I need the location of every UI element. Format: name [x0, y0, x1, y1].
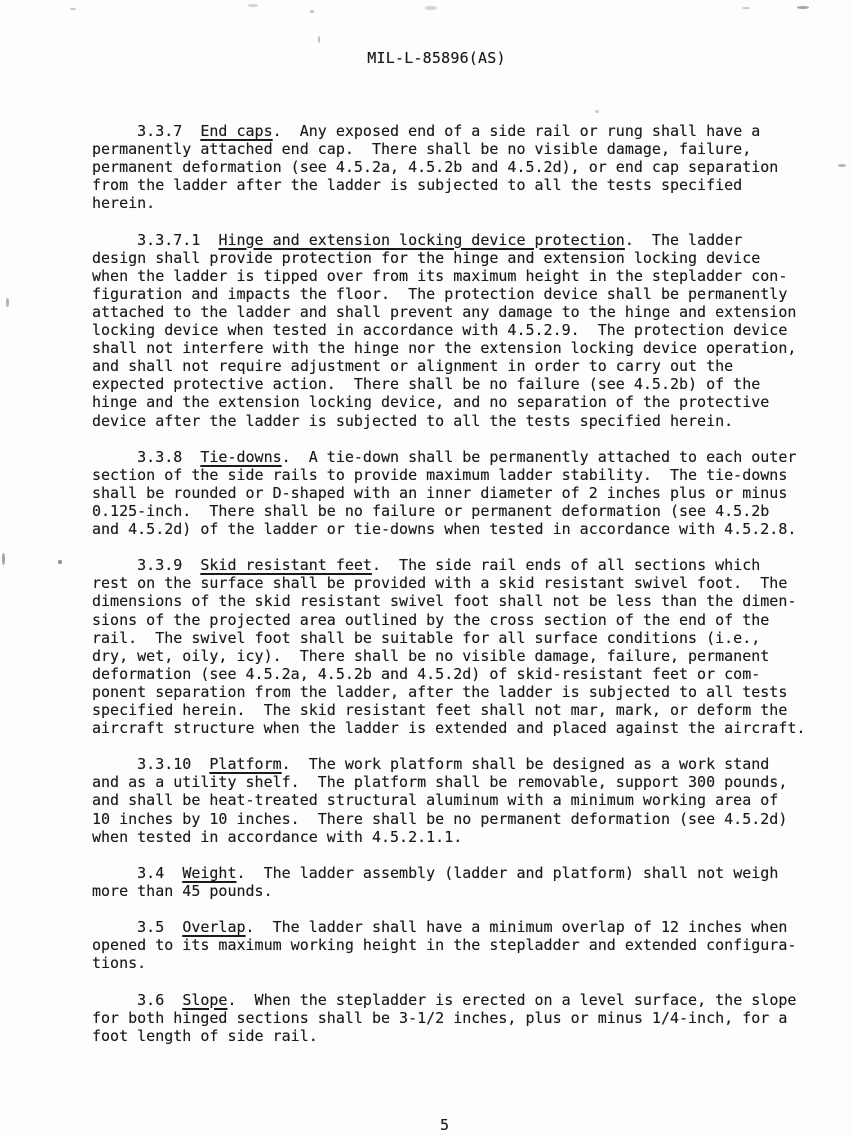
section-number: 3.6	[92, 991, 182, 1009]
section-3-3-7: 3.3.7 End caps. Any exposed end of a sid…	[92, 122, 804, 212]
section-first-line: 3.3.8 Tie-downs. A tie-down shall be per…	[92, 448, 804, 466]
section-body: more than 45 pounds.	[92, 882, 804, 900]
section-first-line-text: . The work platform shall be designed as…	[282, 755, 770, 773]
section-number: 3.5	[92, 918, 182, 936]
section-first-line: 3.5 Overlap. The ladder shall have a min…	[92, 918, 804, 936]
section-title: End caps	[200, 122, 272, 140]
scan-speck	[2, 553, 5, 565]
scan-speck	[248, 4, 258, 7]
section-first-line-text: . The ladder assembly (ladder and platfo…	[237, 864, 779, 882]
section-first-line: 3.3.10 Platform. The work platform shall…	[92, 755, 804, 773]
section-first-line: 3.6 Slope. When the stepladder is erecte…	[92, 991, 804, 1009]
section-body: rest on the surface shall be provided wi…	[92, 574, 804, 737]
scan-speck	[595, 110, 599, 113]
section-body: permanently attached end cap. There shal…	[92, 140, 804, 212]
section-body: and as a utility shelf. The platform sha…	[92, 773, 804, 845]
section-first-line-text: . Any exposed end of a side rail or rung…	[273, 122, 761, 140]
section-number: 3.3.10	[92, 755, 209, 773]
scan-speck	[58, 560, 62, 564]
section-title: Platform	[209, 755, 281, 773]
section-body: design shall provide protection for the …	[92, 249, 804, 430]
document-body: 3.3.7 End caps. Any exposed end of a sid…	[92, 122, 804, 1063]
section-3-3-10: 3.3.10 Platform. The work platform shall…	[92, 755, 804, 845]
scan-speck	[797, 6, 809, 9]
section-first-line-text: . The side rail ends of all sections whi…	[372, 556, 760, 574]
section-title: Weight	[182, 864, 236, 882]
section-number: 3.3.9	[92, 556, 200, 574]
section-body: for both hinged sections shall be 3-1/2 …	[92, 1009, 804, 1045]
scan-speck	[425, 6, 437, 10]
page-number: 5	[0, 1116, 851, 1134]
section-title: Slope	[182, 991, 227, 1009]
section-3-6: 3.6 Slope. When the stepladder is erecte…	[92, 991, 804, 1045]
section-number: 3.3.8	[92, 448, 200, 466]
scan-speck	[318, 36, 320, 43]
section-3-4: 3.4 Weight. The ladder assembly (ladder …	[92, 864, 804, 900]
section-first-line: 3.4 Weight. The ladder assembly (ladder …	[92, 864, 804, 882]
scan-speck	[838, 164, 846, 167]
scan-speck	[310, 10, 314, 13]
section-first-line: 3.3.9 Skid resistant feet. The side rail…	[92, 556, 804, 574]
section-first-line: 3.3.7.1 Hinge and extension locking devi…	[92, 231, 804, 249]
section-title: Tie-downs	[200, 448, 281, 466]
section-number: 3.4	[92, 864, 182, 882]
section-3-5: 3.5 Overlap. The ladder shall have a min…	[92, 918, 804, 972]
section-first-line: 3.3.7 End caps. Any exposed end of a sid…	[92, 122, 804, 140]
scan-speck	[6, 298, 9, 307]
section-body: section of the side rails to provide max…	[92, 466, 804, 538]
section-first-line-text: . The ladder shall have a minimum overla…	[246, 918, 788, 936]
section-title: Overlap	[182, 918, 245, 936]
section-first-line-text: . The ladder	[625, 231, 742, 249]
section-number: 3.3.7.1	[92, 231, 218, 249]
section-3-3-7-1: 3.3.7.1 Hinge and extension locking devi…	[92, 231, 804, 430]
section-first-line-text: . When the stepladder is erected on a le…	[227, 991, 796, 1009]
scan-speck	[70, 8, 76, 10]
section-number: 3.3.7	[92, 122, 200, 140]
document-header: MIL-L-85896(AS)	[0, 49, 851, 67]
section-title: Hinge and extension locking device prote…	[218, 231, 624, 249]
document-page: MIL-L-85896(AS) 3.3.7 End caps. Any expo…	[0, 0, 851, 1138]
scan-speck	[742, 7, 750, 9]
section-3-3-9: 3.3.9 Skid resistant feet. The side rail…	[92, 556, 804, 737]
section-title: Skid resistant feet	[200, 556, 372, 574]
section-3-3-8: 3.3.8 Tie-downs. A tie-down shall be per…	[92, 448, 804, 538]
section-first-line-text: . A tie-down shall be permanently attach…	[282, 448, 797, 466]
section-body: opened to its maximum working height in …	[92, 936, 804, 972]
